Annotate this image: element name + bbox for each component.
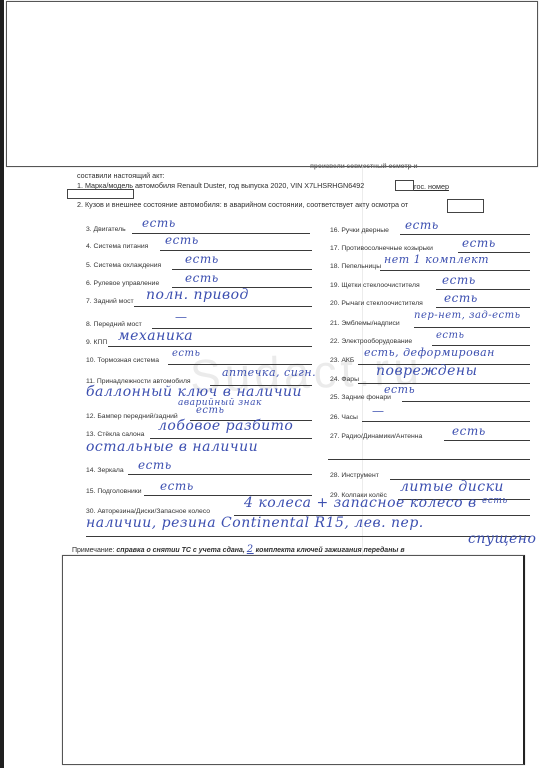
item-17-label: 17. Противосолнечные козырьки [330, 245, 433, 252]
item-8-label: 8. Передний мост [86, 321, 142, 328]
item-15-value: есть [160, 479, 194, 493]
item-13-value-cont: остальные в наличии [86, 439, 258, 455]
item-10-label: 10. Тормозная система [86, 357, 159, 364]
item-26-value: — [372, 404, 385, 418]
scan-edge [0, 0, 4, 768]
item-25-label: 25. Задние фонари [330, 394, 391, 401]
item-26-label: 26. Часы [330, 414, 358, 421]
vin-redacted-box [395, 180, 414, 191]
item-30-value: 4 колеса + запасное колесо в [244, 495, 477, 511]
item-6-label: 6. Рулевое управление [86, 280, 159, 287]
item-16-label: 16. Ручки дверные [330, 227, 389, 234]
item-3-value: есть [142, 216, 176, 230]
item-28-label: 28. Инструмент [330, 472, 379, 479]
item-19-value: есть [442, 273, 476, 287]
item-13-value: лобовое разбито [158, 418, 293, 434]
item-18-value: нет 1 комплект [384, 253, 489, 266]
item-4-label: 4. Система питания [86, 243, 148, 250]
note-text-2: комплекта ключей зажигания переданы в [254, 547, 405, 554]
item-5-value: есть [185, 252, 219, 266]
plate-redacted-box [67, 189, 134, 199]
item-12-value: есть [196, 405, 224, 416]
act-intro: составили настоящий акт: [77, 171, 165, 180]
item-19-label: 19. Щетки стеклоочистителя [330, 282, 420, 289]
item-7-value: полн. привод [146, 287, 249, 303]
item-20-value: есть [444, 291, 478, 305]
redacted-footer-block [62, 555, 525, 765]
note-prefix: Примечание: [72, 547, 116, 554]
item-21-line [414, 327, 530, 328]
item-29-value-extra: есть [482, 496, 508, 506]
item-24-label: 24. Фары [330, 376, 359, 383]
item-18-label: 18. Пепельницы [330, 263, 381, 270]
plate-label: гос. номер [414, 182, 449, 191]
item-7-line [134, 306, 312, 307]
item-14-label: 14. Зеркала [86, 467, 124, 474]
item-17-value: есть [462, 236, 496, 250]
item-7-label: 7. Задний мост [86, 298, 134, 305]
item-20-line [436, 307, 530, 308]
item-30-value-cont: наличии, резина Continental R15, лев. пе… [86, 515, 424, 531]
item-10-value: есть [172, 348, 200, 359]
item-30-label: 30. Авторезина/Диски/Запасное колесо [86, 508, 210, 515]
item-29-value: литые диски [400, 479, 504, 495]
item-13-label: 13. Стёкла салона [86, 431, 144, 438]
item-27-line-2 [328, 459, 530, 460]
item-4-value: есть [165, 233, 199, 247]
item-22-value: есть [436, 330, 464, 341]
item-27-label: 27. Радио/Динамики/Антенна [330, 433, 422, 440]
item-24-value: повреждены [376, 363, 478, 379]
item-10-line [168, 364, 312, 365]
item-30-value-extra: спущено [468, 531, 536, 547]
item-9-line [108, 346, 312, 347]
redacted-header-block [6, 1, 538, 167]
item-11-value: аптечка, сигн. [222, 366, 316, 379]
item-6-value: есть [185, 271, 219, 285]
item-20-label: 20. Рычаги стеклоочистителя [330, 300, 423, 307]
header-cut-text: произвели совместный осмотр и [310, 163, 417, 170]
inspection-date-redacted-box [447, 199, 484, 213]
body-condition-line: 2. Кузов и внешнее состояние автомобиля:… [77, 200, 408, 209]
item-4-line [160, 250, 312, 251]
item-3-line [132, 233, 310, 234]
item-27-line [444, 440, 530, 441]
item-21-value: пер-нет, зад-есть [414, 310, 521, 321]
keys-count: 2 [247, 544, 254, 555]
item-15-label: 15. Подголовники [86, 488, 142, 495]
item-5-line [172, 269, 312, 270]
item-3-label: 3. Двигатель [86, 226, 126, 233]
item-25-line [402, 401, 530, 402]
item-18-line [380, 270, 530, 271]
item-23-value: есть, деформирован [364, 346, 495, 359]
item-23-label: 23. АКБ [330, 357, 354, 364]
item-9-label: 9. КПП [86, 339, 107, 346]
item-14-value: есть [138, 458, 172, 472]
item-14-line [128, 474, 312, 475]
item-16-line [400, 234, 530, 235]
item-30-line-2 [86, 536, 530, 537]
item-26-line [362, 421, 530, 422]
item-25-value: есть [384, 383, 415, 396]
item-5-label: 5. Система охлаждения [86, 262, 161, 269]
item-16-value: есть [405, 218, 439, 232]
item-27-value: есть [452, 424, 486, 438]
note-text-1: справка о снятии ТС с учета сдана, [116, 547, 246, 554]
item-22-label: 22. Электрооборудование [330, 338, 412, 345]
item-19-line [436, 289, 530, 290]
item-8-value: — [175, 310, 188, 324]
item-9-value: механика [118, 328, 193, 344]
item-21-label: 21. Эмблемы/надписи [330, 320, 400, 327]
note-line: Примечание: справка о снятии ТС с учета … [72, 544, 405, 555]
